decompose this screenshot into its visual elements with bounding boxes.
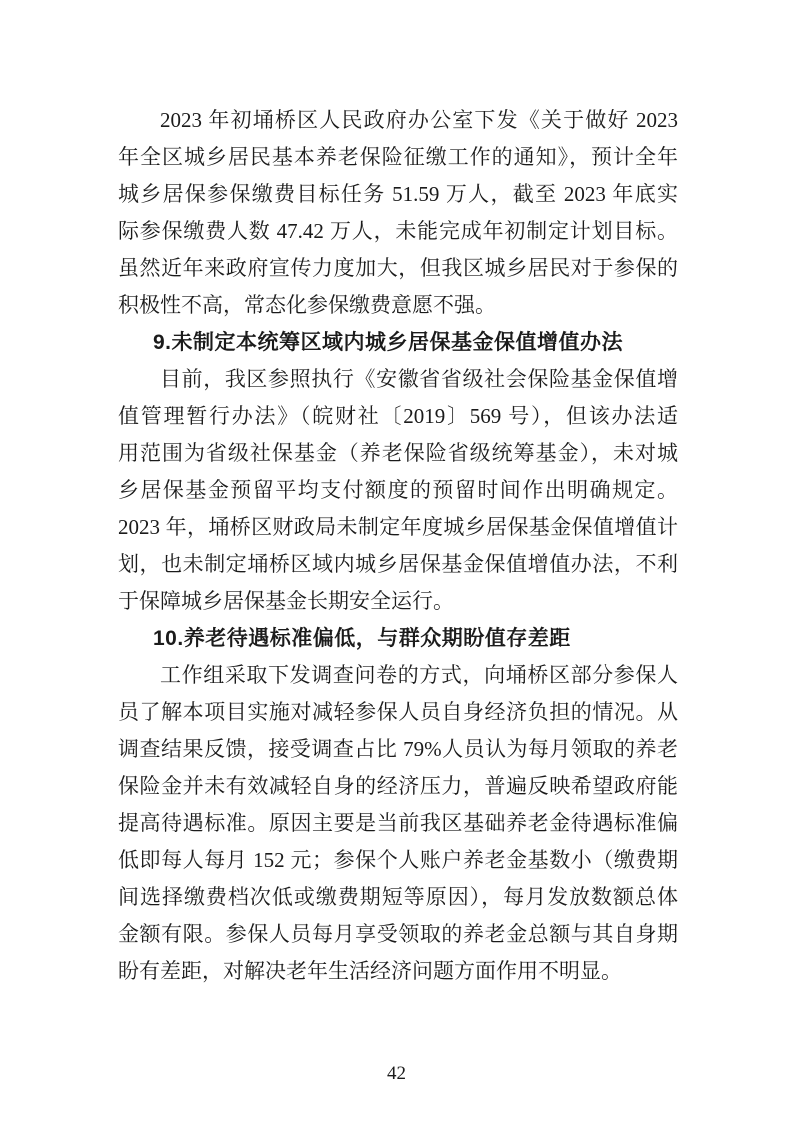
paragraph-line: 际参保缴费人数 47.42 万人，未能完成年初制定计划目标。: [118, 213, 678, 250]
document-page: 2023 年初埇桥区人民政府办公室下发《关于做好 2023 年全区城乡居民基本养…: [0, 0, 793, 1122]
paragraph-line: 提高待遇标准。原因主要是当前我区基础养老金待遇标准偏: [118, 805, 678, 842]
paragraph-line: 盼有差距，对解决老年生活经济问题方面作用不明显。: [118, 953, 678, 990]
paragraph-line: 划，也未制定埇桥区域内城乡居保基金保值增值办法，不利: [118, 546, 678, 583]
paragraph-line: 2023 年初埇桥区人民政府办公室下发《关于做好 2023: [118, 102, 678, 139]
paragraph-line: 积极性不高，常态化参保缴费意愿不强。: [118, 287, 678, 324]
document-text-block: 2023 年初埇桥区人民政府办公室下发《关于做好 2023 年全区城乡居民基本养…: [118, 102, 678, 990]
paragraph-line: 员了解本项目实施对减轻参保人员自身经济负担的情况。从: [118, 694, 678, 731]
paragraph-line: 年全区城乡居民基本养老保险征缴工作的通知》，预计全年: [118, 139, 678, 176]
paragraph-line: 目前，我区参照执行《安徽省省级社会保险基金保值增: [118, 361, 678, 398]
paragraph-line: 虽然近年来政府宣传力度加大，但我区城乡居民对于参保的: [118, 250, 678, 287]
paragraph-line: 于保障城乡居保基金长期安全运行。: [118, 583, 678, 620]
page-footer: 42: [0, 1062, 793, 1086]
paragraph-line: 工作组采取下发调查问卷的方式，向埇桥区部分参保人: [118, 657, 678, 694]
paragraph-line: 低即每人每月 152 元；参保个人账户养老金基数小（缴费期: [118, 842, 678, 879]
paragraph-line: 用范围为省级社保基金（养老保险省级统筹基金），未对城: [118, 435, 678, 472]
paragraph-line: 调查结果反馈，接受调查占比 79%人员认为每月领取的养老: [118, 731, 678, 768]
paragraph-line: 保险金并未有效减轻自身的经济压力，普遍反映希望政府能: [118, 768, 678, 805]
paragraph-line: 城乡居保参保缴费目标任务 51.59 万人，截至 2023 年底实: [118, 176, 678, 213]
paragraph-line: 值管理暂行办法》（皖财社〔2019〕569 号），但该办法适: [118, 398, 678, 435]
section-10-heading: 10.养老待遇标准偏低，与群众期盼值存差距: [118, 620, 678, 657]
paragraph-line: 2023 年，埇桥区财政局未制定年度城乡居保基金保值增值计: [118, 509, 678, 546]
paragraph-line: 金额有限。参保人员每月享受领取的养老金总额与其自身期: [118, 916, 678, 953]
page-number: 42: [387, 1063, 406, 1084]
paragraph-line: 乡居保基金预留平均支付额度的预留时间作出明确规定。: [118, 472, 678, 509]
paragraph-line: 间选择缴费档次低或缴费期短等原因），每月发放数额总体: [118, 879, 678, 916]
section-9-heading: 9.未制定本统筹区域内城乡居保基金保值增值办法: [118, 324, 678, 361]
